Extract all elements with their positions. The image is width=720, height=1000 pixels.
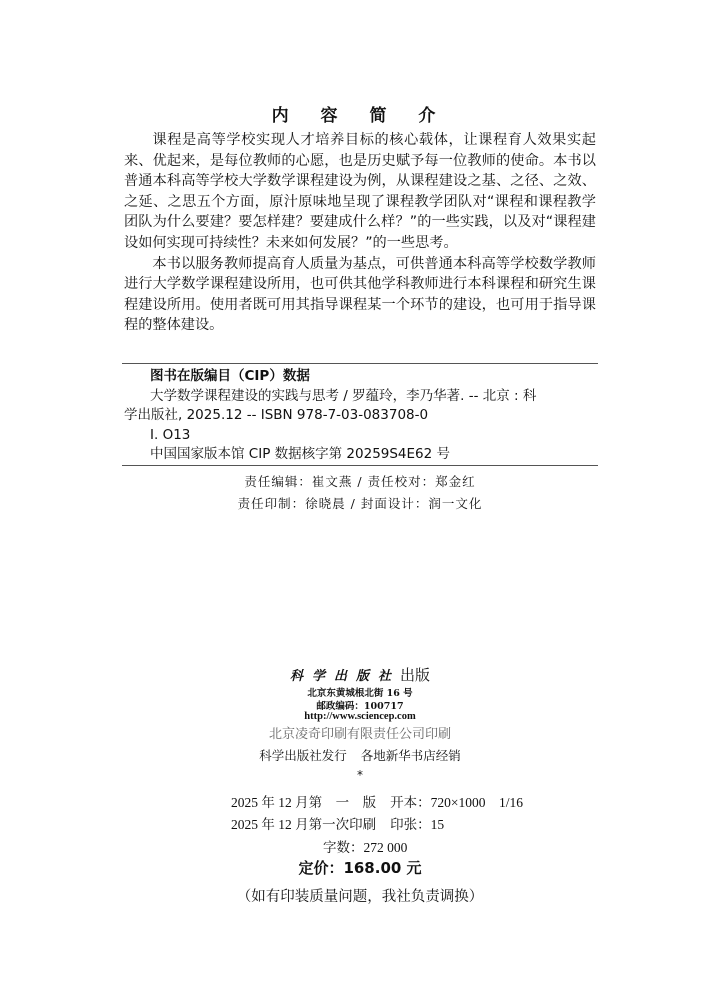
cip-top-rule xyxy=(122,363,598,364)
cip-entry-line: 学出版社, 2025.12 -- ISBN 978-7-03-083708-0 xyxy=(124,406,596,426)
cip-record-number: 中国国家版本馆 CIP 数据核字第 20259S4E62 号 xyxy=(124,445,596,465)
cip-classification: Ⅰ. O13 xyxy=(124,426,596,446)
issuer: 科学出版社发行 xyxy=(259,748,347,763)
quality-notice: （如有印装质量问题，我社负责调换） xyxy=(0,885,720,906)
credits: 责任编辑：崔文燕 / 责任校对：郑金红 责任印制：徐晓晨 / 封面设计：润一文化 xyxy=(0,471,720,515)
edition: 2025 年 12 月第 一 版 xyxy=(231,795,376,810)
distribution-line: 科学出版社发行各地新华书店经销 xyxy=(0,746,720,764)
cip-entry-line: 大学数学课程建设的实践与思考 / 罗蕴玲，李乃华著. -- 北京 : 科 xyxy=(124,387,596,407)
publisher-name: 科学出版社 xyxy=(290,669,400,684)
credits-editors: 责任编辑：崔文燕 / 责任校对：郑金红 xyxy=(0,471,720,493)
cip-heading: 图书在版编目（CIP）数据 xyxy=(124,367,596,387)
separator-star: * xyxy=(0,768,720,782)
page-title: 内 容 简 介 xyxy=(0,101,720,126)
printing: 2025 年 12 月第一次印刷 xyxy=(231,817,376,832)
cip-bottom-rule xyxy=(122,465,598,466)
printer: 北京凌奇印刷有限责任公司印刷 xyxy=(0,723,720,742)
publisher-line: 科学出版社出版 xyxy=(0,664,720,685)
publisher-suffix: 出版 xyxy=(400,666,430,684)
summary-paragraph: 本书以服务教师提高育人质量为基点，可供普通本科高等学校数学教师进行大学数学课程建… xyxy=(124,254,596,336)
credits-production: 责任印制：徐晓晨 / 封面设计：润一文化 xyxy=(0,493,720,515)
cip-block: 图书在版编目（CIP）数据 大学数学课程建设的实践与思考 / 罗蕴玲，李乃华著.… xyxy=(124,367,596,465)
printing-line: 2025 年 12 月第一次印刷印张：15 xyxy=(231,813,444,833)
summary-body: 课程是高等学校实现人才培养目标的核心载体，让课程育人效果实起来、优起来，是每位教… xyxy=(124,130,596,336)
publisher-url: http://www.sciencep.com xyxy=(0,711,720,722)
format: 开本：720×1000 1/16 xyxy=(390,795,523,810)
price: 定价：168.00 元 xyxy=(0,857,720,878)
edition-line: 2025 年 12 月第 一 版开本：720×1000 1/16 xyxy=(231,791,523,811)
publisher-address: 北京东黄城根北街 16 号 xyxy=(0,685,720,699)
word-count: 字数：272 000 xyxy=(323,836,407,856)
summary-paragraph: 课程是高等学校实现人才培养目标的核心载体，让课程育人效果实起来、优起来，是每位教… xyxy=(124,130,596,254)
seller: 各地新华书店经销 xyxy=(361,748,461,763)
publisher-postcode: 邮政编码：100717 xyxy=(0,698,720,712)
sheets: 印张：15 xyxy=(390,817,444,832)
